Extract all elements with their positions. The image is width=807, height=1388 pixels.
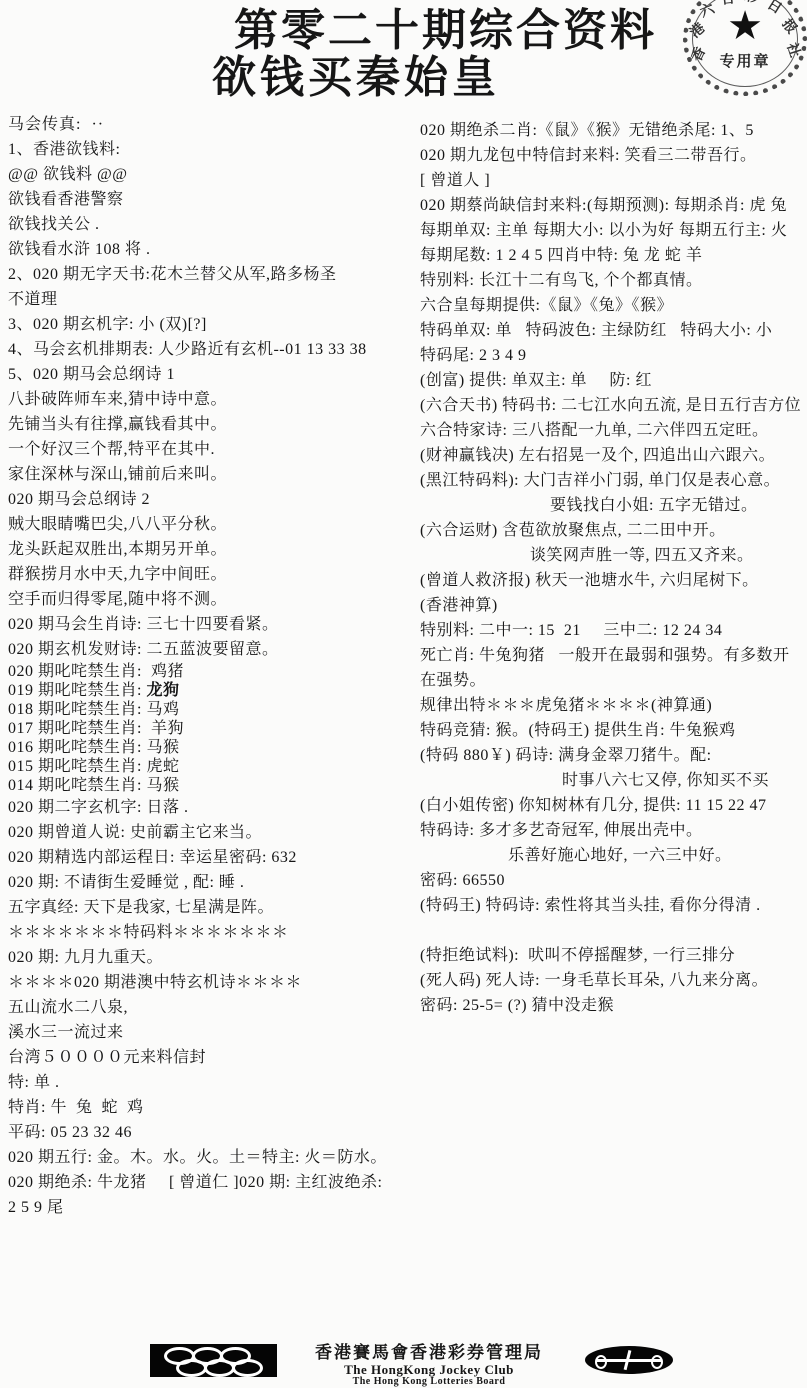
footer-text-block: 香港賽馬會香港彩券管理局 The HongKong Jockey Club Th… [283,1338,575,1387]
text-line: 1、香港欲钱料: [8,137,420,162]
text-line: ＊＊＊＊020 期港澳中特玄机诗＊＊＊＊ [8,970,420,995]
text-line: 五字真经: 天下是我家, 七星满是阵。 [8,895,420,920]
text-line: 六合皇每期提供:《鼠》《兔》《猴》 [420,293,807,318]
text-line: 欲钱看水浒 108 将 . [8,237,420,262]
text-line: (六合天书) 特码书: 二七江水向五流, 是日五行吉方位 [420,393,807,418]
text-line: 020 期九龙包中特信封来料: 笑看三二带吾行。 [420,143,807,168]
lotteries-board-logo-icon [585,1346,673,1374]
text-line: 特别料: 二中一: 15 21 三中二: 12 24 34 [420,618,807,643]
text-line: 020 期: 九月九重天。 [8,945,420,970]
text-line: 六合特家诗: 三八搭配一九单, 二六伴四五定旺。 [420,418,807,443]
text-line: 014 期叱咤禁生肖: 马猴 [8,776,420,795]
text-line: (财神赢钱决) 左右招晃一及个, 四追出山六跟六。 [420,443,807,468]
text-line: 020 期精选内部运程日: 幸运星密码: 632 [8,845,420,870]
text-line: 八卦破阵师车来,猜中诗中意。 [8,387,420,412]
text-line: (特拒绝试料): 吠叫不停摇醒梦, 一行三排分 [420,943,807,968]
text-line: 2、020 期无字天书:花木兰替父从军,路多杨圣 [8,262,420,287]
text-line: 马会传真: ·· [8,112,420,137]
text-line: (曾道人救济报) 秋天一池塘水牛, 六归尾树下。 [420,568,807,593]
text-line: 015 期叱咤禁生肖: 虎蛇 [8,757,420,776]
text-line: 每期尾数: 1 2 4 5 四肖中特: 兔 龙 蛇 羊 [420,243,807,268]
text-line: 不道理 [8,287,420,312]
text-line: 020 期马会生肖诗: 三七十四要看紧。 [8,612,420,637]
footer-english-subtitle: The Hong Kong Lotteries Board [283,1376,575,1387]
text-line: 乐善好施心地好, 一六三中好。 [420,843,807,868]
text-line: 特码竞猜: 猴。(特码王) 提供生肖: 牛兔猴鸡 [420,718,807,743]
text-line: @@ 欲钱料 @@ [8,162,420,187]
text-line: 五山流水二八泉, [8,995,420,1020]
text-line: 020 期绝杀二肖:《鼠》《猴》无错绝杀尾: 1、5 [420,118,807,143]
text-line: 密码: 66550 [420,868,807,893]
text-line: 020 期: 不请街生爱睡觉 , 配: 睡 . [8,870,420,895]
text-line: 3、020 期玄机字: 小 (双)[?] [8,312,420,337]
text-line: (六合运财) 含苞欲放聚焦点, 二二田中开。 [420,518,807,543]
text-line: 平码: 05 23 32 46 [8,1120,420,1145]
text-line: 家住深林与深山,铺前后来叫。 [8,462,420,487]
text-line: 018 期叱咤禁生肖: 马鸡 [8,700,420,719]
text-line: (特码 880￥) 码诗: 满身金翠刀猪牛。配: [420,743,807,768]
right-text-column: 020 期绝杀二肖:《鼠》《猴》无错绝杀尾: 1、5020 期九龙包中特信封来料… [420,118,807,1018]
footer-english-title: The HongKong Jockey Club [283,1363,575,1376]
text-line [420,918,807,943]
text-line: 2 5 9 尾 [8,1195,420,1220]
text-line: 020 期二字玄机字: 日落 . [8,795,420,820]
text-line: 特码尾: 2 3 4 9 [420,343,807,368]
text-line: 群猴捞月水中天,九字中间旺。 [8,562,420,587]
text-line: 时事八六七又停, 你知买不买 [420,768,807,793]
text-line: 特别料: 长江十二有鸟飞, 个个都真情。 [420,268,807,293]
text-line: 5、020 期马会总纲诗 1 [8,362,420,387]
text-line: 020 期马会总纲诗 2 [8,487,420,512]
jockey-club-logo-icon [150,1344,277,1377]
text-line: 欲钱看香港警察 [8,187,420,212]
text-line: 020 期绝杀: 牛龙猪 [ 曾道仁 ]020 期: 主红波绝杀: [8,1170,420,1195]
text-line: 密码: 25-5= (?) 猜中没走猴 [420,993,807,1018]
text-line: 先铺当头有往撑,赢钱看其中。 [8,412,420,437]
text-line: (创富) 提供: 单双主: 单 防: 红 [420,368,807,393]
text-line: ＊＊＊＊＊＊＊特码料＊＊＊＊＊＊＊ [8,920,420,945]
text-line: 020 期叱咤禁生肖: 鸡猪 [8,662,420,681]
official-stamp: 香港六合彩日报社 ★ 专用章 [683,0,807,96]
text-line: 空手而归得零尾,随中将不测。 [8,587,420,612]
text-line: 每期单双: 主单 每期大小: 以小为好 每期五行主: 火 [420,218,807,243]
text-line: 016 期叱咤禁生肖: 马猴 [8,738,420,757]
text-line: 龙头跃起双胜出,本期另开单。 [8,537,420,562]
text-line: 特码诗: 多才多艺奇冠军, 伸展出壳中。 [420,818,807,843]
text-line: (香港神算) [420,593,807,618]
text-line: (白小姐传密) 你知树林有几分, 提供: 11 15 22 47 [420,793,807,818]
left-text-column: 马会传真: ··1、香港欲钱料:@@ 欲钱料 @@欲钱看香港警察欲钱找关公 .欲… [8,112,420,1220]
text-line: 020 期玄机发财诗: 二五蓝波要留意。 [8,637,420,662]
star-icon: ★ [683,6,807,46]
text-line: 台湾５００００元来料信封 [8,1045,420,1070]
text-line: 溪水三一流过来 [8,1020,420,1045]
text-line: 特码单双: 单 特码波色: 主绿防红 特码大小: 小 [420,318,807,343]
text-line: 019 期叱咤禁生肖: 龙狗 [8,681,420,700]
text-line: (死人码) 死人诗: 一身毛草长耳朵, 八九来分离。 [420,968,807,993]
text-line: 规律出特＊＊＊虎兔猪＊＊＊＊(神算通) [420,693,807,718]
text-line: 欲钱找关公 . [8,212,420,237]
text-line: 要钱找白小姐: 五字无错过。 [420,493,807,518]
text-line: 4、马会玄机排期表: 人少路近有玄机--01 13 33 38 [8,337,420,362]
text-line: 贼大眼睛嘴巴尖,八八平分秋。 [8,512,420,537]
text-line: 017 期叱咤禁生肖: 羊狗 [8,719,420,738]
stamp-label: 专用章 [683,50,807,71]
text-line: 020 期五行: 金。木。水。火。土＝特主: 火＝防水。 [8,1145,420,1170]
text-line: 一个好汉三个帮,特平在其中. [8,437,420,462]
text-line: [ 曾道人 ] [420,168,807,193]
text-line: 020 期曾道人说: 史前霸主它来当。 [8,820,420,845]
lottery-info-sheet: 第零二十期综合资料 欲钱买秦始皇 香港六合彩日报社 ★ 专用章 马会传真: ··… [0,0,807,1388]
text-line: 特: 单 . [8,1070,420,1095]
text-line: 死亡肖: 牛兔狗猪 一般开在最弱和强势。有多数开 [420,643,807,668]
text-line: 在强势。 [420,668,807,693]
text-line: (黑江特码料): 大门吉祥小门弱, 单门仅是表心意。 [420,468,807,493]
footer: 香港賽馬會香港彩券管理局 The HongKong Jockey Club Th… [0,1338,807,1388]
text-line: 谈笑网声胜一等, 四五又齐来。 [420,543,807,568]
footer-chinese-title: 香港賽馬會香港彩券管理局 [283,1338,575,1363]
text-line: 020 期蔡尚缺信封来料:(每期预测): 每期杀肖: 虎 兔 [420,193,807,218]
text-line: 特肖: 牛 兔 蛇 鸡 [8,1095,420,1120]
text-line: (特码王) 特码诗: 索性将其当头挂, 看你分得清 . [420,893,807,918]
